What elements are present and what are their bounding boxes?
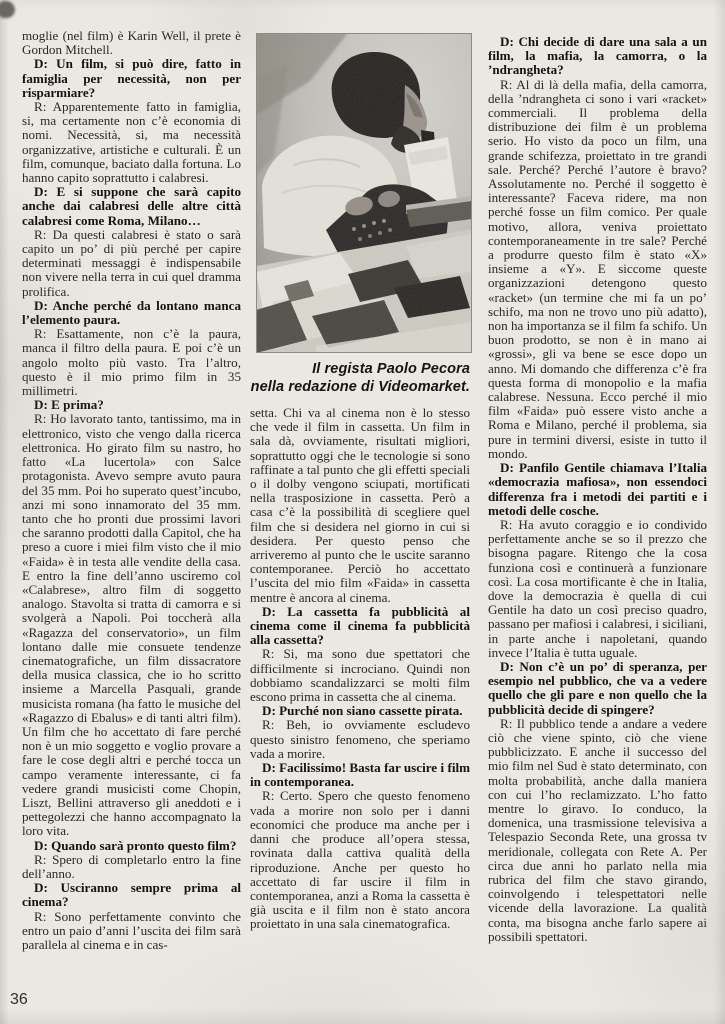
interview-question: D: Purché non siano cassette pirata. bbox=[250, 704, 470, 718]
interview-answer: R: Sono perfettamente convinto che entro… bbox=[22, 910, 241, 953]
interview-answer: R: Ho lavorato tanto, tantissimo, ma in … bbox=[22, 412, 241, 838]
column-right: D: Chi decide di dare una sala a un film… bbox=[488, 35, 707, 944]
body-paragraph: moglie (nel film) è Karin Well, il prete… bbox=[22, 29, 241, 57]
photo-caption-line1: Il regista Paolo Pecora bbox=[250, 360, 470, 378]
interview-answer: R: Ha avuto coraggio e io condivido perf… bbox=[488, 518, 707, 660]
interview-answer: R: Al di là della mafia, della camorra, … bbox=[488, 78, 707, 461]
interview-question: D: Quando sarà pronto questo film? bbox=[22, 839, 241, 853]
photo-caption-line2: nella redazione di Videomarket. bbox=[250, 378, 470, 396]
interview-question: D: E prima? bbox=[22, 398, 241, 412]
column-middle-text: setta. Chi va al cinema non è lo stesso … bbox=[250, 406, 470, 932]
interview-question: D: La cassetta fa pubblicità al cinema c… bbox=[250, 605, 470, 648]
interview-question: D: Chi decide di dare una sala a un film… bbox=[488, 35, 707, 78]
photo-illustration bbox=[256, 33, 472, 353]
photo-caption: Il regista Paolo Pecora nella redazione … bbox=[250, 360, 470, 396]
interview-question: D: Non c’è un po’ di speranza, per esemp… bbox=[488, 660, 707, 717]
interview-answer: R: Beh, io ovviamente escludevo questo s… bbox=[250, 718, 470, 761]
interview-answer: R: Il pubblico tende a andare a vedere c… bbox=[488, 717, 707, 944]
ink-smudge bbox=[0, 1, 15, 18]
interview-question: D: Anche perché da lontano manca l’eleme… bbox=[22, 299, 241, 327]
interview-question: D: Un film, si può dire, fatto in famigl… bbox=[22, 57, 241, 100]
page-number: 36 bbox=[10, 991, 28, 1009]
interview-answer: R: Apparentemente fatto in famiglia, si,… bbox=[22, 100, 241, 185]
interview-answer: R: Certo. Spero che questo fenomeno vada… bbox=[250, 789, 470, 931]
interview-answer: R: Spero di completarlo entro la fine de… bbox=[22, 853, 241, 881]
interview-answer: R: Esattamente, non c’è la paura, manca … bbox=[22, 327, 241, 398]
column-middle: Il regista Paolo Pecora nella redazione … bbox=[250, 33, 470, 932]
magazine-page: moglie (nel film) è Karin Well, il prete… bbox=[0, 0, 725, 1024]
interview-question: D: Panfilo Gentile chiamava l’Italia «de… bbox=[488, 461, 707, 518]
interview-answer: R: Da questi calabresi è stato o sarà ca… bbox=[22, 228, 241, 299]
interview-question: D: Facilissimo! Basta far uscire i film … bbox=[250, 761, 470, 789]
interview-question: D: Usciranno sempre prima al cinema? bbox=[22, 881, 241, 909]
photo-paolo-pecora bbox=[256, 33, 472, 353]
body-paragraph: setta. Chi va al cinema non è lo stesso … bbox=[250, 406, 470, 605]
interview-answer: R: Si, ma sono due spettatori che diffic… bbox=[250, 647, 470, 704]
interview-question: D: E si suppone che sarà capito anche da… bbox=[22, 185, 241, 228]
column-left: moglie (nel film) è Karin Well, il prete… bbox=[22, 29, 241, 952]
